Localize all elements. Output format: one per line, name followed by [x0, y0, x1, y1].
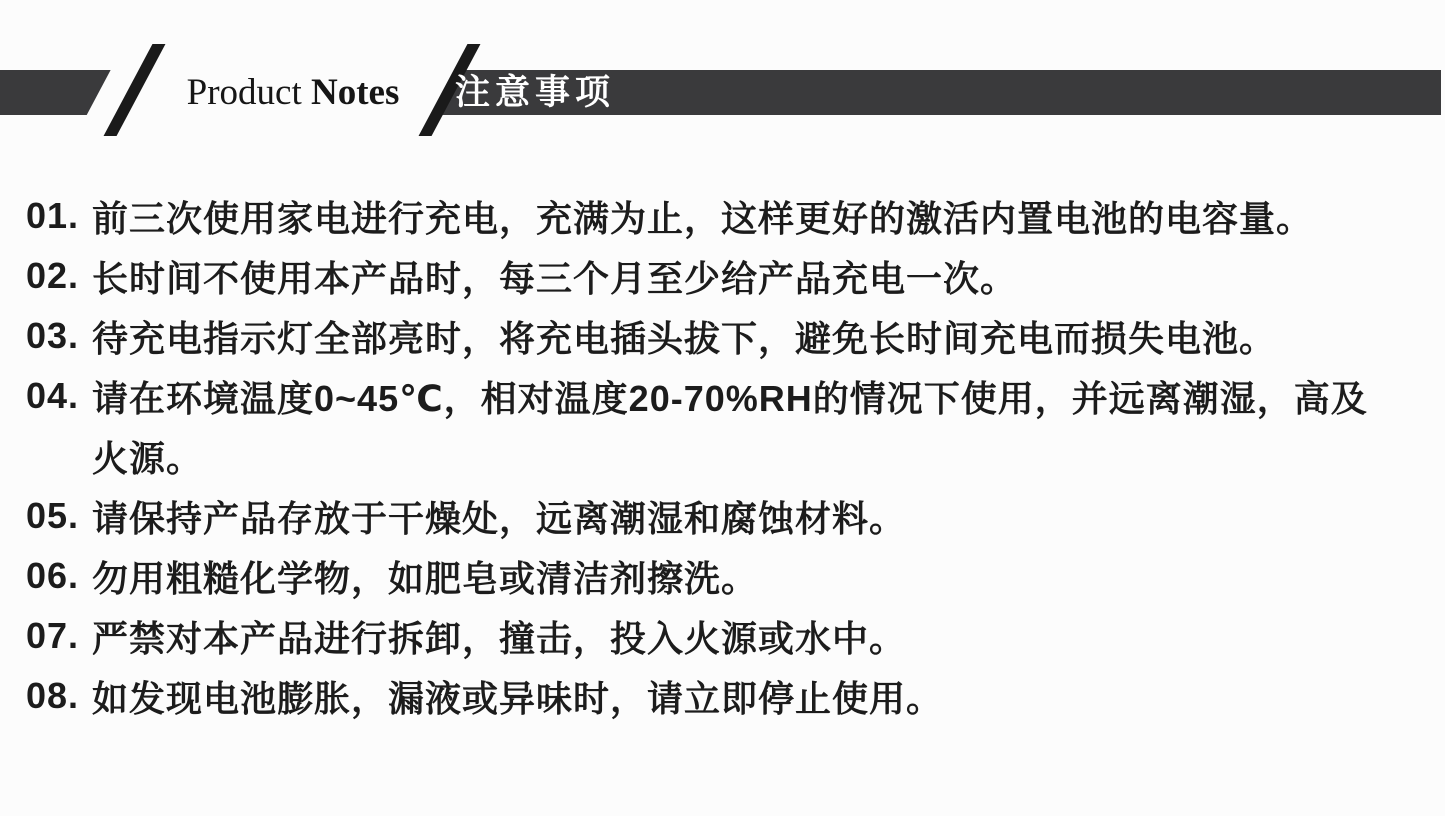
header-title-en: Product Notes: [152, 71, 434, 115]
header-title-en-regular: Product: [187, 72, 302, 113]
note-text: 长时间不使用本产品时，每三个月至少给产品充电一次。: [92, 251, 1017, 302]
product-notes-page: Product Notes 注意事项 01. 前三次使用家电进行充电，充满为止，…: [0, 0, 1445, 816]
note-number: 02.: [26, 255, 82, 297]
note-text: 勿用粗糙化学物，如肥皂或清洁剂擦洗。: [92, 551, 758, 602]
note-item-04-continued: 火源。: [26, 426, 1425, 486]
note-text: 前三次使用家电进行充电，充满为止，这样更好的激活内置电池的电容量。: [92, 191, 1313, 242]
note-item-01: 01. 前三次使用家电进行充电，充满为止，这样更好的激活内置电池的电容量。: [26, 186, 1425, 246]
note-text: 请保持产品存放于干燥处，远离潮湿和腐蚀材料。: [92, 491, 906, 542]
note-text: 如发现电池膨胀，漏液或异味时，请立即停止使用。: [92, 671, 943, 722]
header-banner: Product Notes 注意事项: [0, 0, 1445, 150]
note-number: 07.: [26, 615, 82, 657]
note-item-08: 08. 如发现电池膨胀，漏液或异味时，请立即停止使用。: [26, 666, 1425, 726]
notes-list: 01. 前三次使用家电进行充电，充满为止，这样更好的激活内置电池的电容量。 02…: [26, 186, 1425, 726]
note-number: 01.: [26, 195, 82, 237]
note-text: 严禁对本产品进行拆卸，撞击，投入火源或水中。: [92, 611, 906, 662]
note-text: 待充电指示灯全部亮时，将充电插头拔下，避免长时间充电而损失电池。: [92, 311, 1276, 362]
note-text: 火源。: [92, 431, 203, 482]
note-item-03: 03. 待充电指示灯全部亮时，将充电插头拔下，避免长时间充电而损失电池。: [26, 306, 1425, 366]
note-item-02: 02. 长时间不使用本产品时，每三个月至少给产品充电一次。: [26, 246, 1425, 306]
note-item-07: 07. 严禁对本产品进行拆卸，撞击，投入火源或水中。: [26, 606, 1425, 666]
note-text: 请在环境温度0~45℃，相对温度20-70%RH的情况下使用，并远离潮湿，高及: [92, 371, 1368, 422]
note-item-04: 04. 请在环境温度0~45℃，相对温度20-70%RH的情况下使用，并远离潮湿…: [26, 366, 1425, 426]
note-number: 03.: [26, 315, 82, 357]
note-number: 06.: [26, 555, 82, 597]
header-title-cn: 注意事项: [455, 71, 615, 115]
note-number: 04.: [26, 375, 82, 417]
note-item-05: 05. 请保持产品存放于干燥处，远离潮湿和腐蚀材料。: [26, 486, 1425, 546]
note-item-06: 06. 勿用粗糙化学物，如肥皂或清洁剂擦洗。: [26, 546, 1425, 606]
note-number: 08.: [26, 675, 82, 717]
header-title-en-bold: Notes: [311, 72, 399, 113]
note-number: 05.: [26, 495, 82, 537]
